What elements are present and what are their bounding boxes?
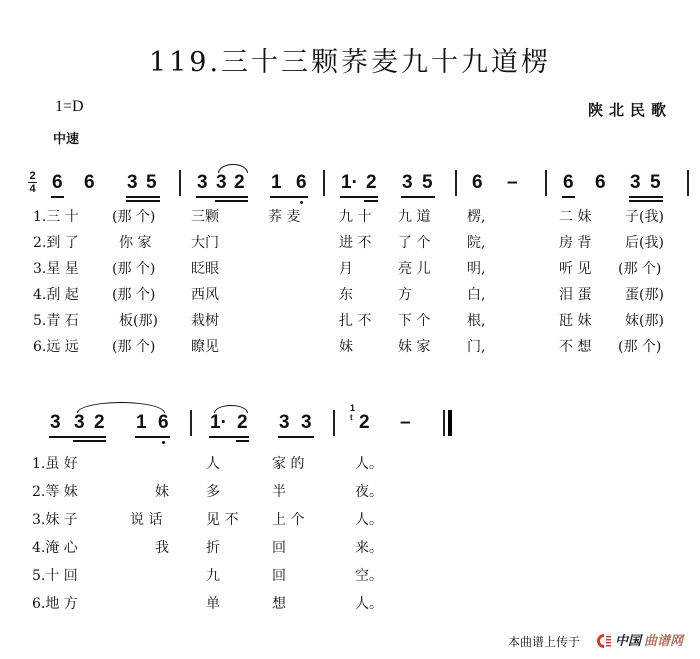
lyric-row: 4.淹 心 我 折 回 来。 <box>0 537 700 563</box>
underline <box>135 436 170 438</box>
underline <box>236 440 249 442</box>
note: 3 <box>630 172 641 194</box>
lyric-row: 2.到 了 你 家 大门 进 不 了 个 院, 房 背 后(我) <box>0 232 700 256</box>
lyric-row: 5.十 回 九 回 空。 <box>0 565 700 591</box>
logo-mark-icon <box>596 633 612 647</box>
note: 6 <box>595 172 606 194</box>
upload-notice: 本曲谱上传于 <box>508 633 580 650</box>
lyrics-block-2: 1.虽 好 人 家 的 人。 2.等 妹 妹 多 半 夜。 3.妹 子 说 话 … <box>0 453 700 623</box>
lyric-row: 1.虽 好 人 家 的 人。 <box>0 453 700 479</box>
time-signature: 24 <box>28 171 37 194</box>
barline <box>455 170 457 196</box>
slur <box>218 164 248 173</box>
note: 6 <box>52 172 63 194</box>
tempo-marking: 中速 <box>53 128 79 147</box>
low-octave-dot <box>162 441 165 444</box>
note: 3 <box>74 412 85 434</box>
note: 2 <box>366 172 377 194</box>
note: 3 <box>127 172 138 194</box>
song-origin: 陕北民歌 <box>588 99 672 120</box>
underline <box>278 436 314 438</box>
song-title: 119.三十三颗荞麦九十九道楞 <box>0 40 700 79</box>
lyric-row: 4.刮 起 (那 个) 西风 东 方 白, 泪 蛋 蛋(那) <box>0 284 700 308</box>
underline <box>49 436 106 438</box>
underline <box>196 196 248 198</box>
note: – <box>507 172 518 194</box>
lyric-row: 6.远 远 (那 个) 瞭见 妹 妹 家 门, 不 想 (那 个) <box>0 336 700 360</box>
note: 2 <box>237 412 248 434</box>
logo-text-primary: 中国 <box>615 630 641 649</box>
staff-line-1: 24 6 6 3 5 3 3 2 1 6 1· 2 3 5 6 – 6 6 3 … <box>0 170 700 204</box>
lyrics-block-1: 1.三 十 (那 个) 三颗 荞 麦 九 十 九 道 楞, 二 妹 子(我) 2… <box>0 206 700 366</box>
underline <box>364 200 378 202</box>
final-barline-thick <box>448 410 452 436</box>
lyric-row: 1.三 十 (那 个) 三颗 荞 麦 九 十 九 道 楞, 二 妹 子(我) <box>0 206 700 230</box>
underline <box>209 436 249 438</box>
note: 3 <box>216 172 227 194</box>
note: 3 <box>197 172 208 194</box>
barline <box>687 170 689 196</box>
logo-text-secondary: 曲谱网 <box>644 630 683 649</box>
note: 3 <box>301 412 312 434</box>
note: 1 <box>271 172 282 194</box>
note: 6 <box>563 172 574 194</box>
lyric-row: 3.星 星 (那 个) 眨眼 月 亮 儿 明, 听 见 (那 个) <box>0 258 700 282</box>
underline <box>73 440 106 442</box>
underline <box>562 196 575 198</box>
lyric-row: 3.妹 子 说 话 见 不 上 个 人。 <box>0 509 700 535</box>
barline <box>323 170 325 196</box>
note: 6 <box>84 172 95 194</box>
note: 1· <box>341 172 358 194</box>
note: 6 <box>158 412 169 434</box>
barline <box>179 170 181 196</box>
note: 2 <box>234 172 245 194</box>
underline <box>126 200 160 202</box>
underline <box>401 196 435 198</box>
site-logo[interactable]: 中国曲谱网 <box>596 630 683 649</box>
slur <box>214 405 248 413</box>
note: 5 <box>422 172 433 194</box>
note: 5 <box>650 172 661 194</box>
barline <box>333 410 335 436</box>
note: 3 <box>279 412 290 434</box>
low-octave-dot <box>300 201 303 204</box>
underline <box>270 196 308 198</box>
note: 6 <box>296 172 307 194</box>
note: 6 <box>472 172 483 194</box>
underline <box>629 196 663 198</box>
underline <box>215 200 248 202</box>
slur <box>77 402 165 413</box>
grace-note: 1 <box>350 404 355 413</box>
note: 3 <box>402 172 413 194</box>
note: – <box>400 412 411 434</box>
underline <box>51 196 64 198</box>
underline <box>340 196 378 198</box>
note: 1· <box>210 412 227 434</box>
final-barline-thin <box>443 410 445 436</box>
staff-line-2: 3 3 2 1 6 1· 2 3 3 1 t 2 – <box>0 410 700 444</box>
note: 3 <box>50 412 61 434</box>
barline <box>190 410 192 436</box>
barline <box>545 170 547 196</box>
lyric-row: 2.等 妹 妹 多 半 夜。 <box>0 481 700 507</box>
lyric-row: 5.青 石 板(那) 栽树 扎 不 下 个 根, 瓩 妹 妹(那) <box>0 310 700 334</box>
underline <box>629 200 663 202</box>
key-signature: 1=D <box>55 98 84 116</box>
note: 2 <box>359 412 370 434</box>
note: 1 <box>136 412 147 434</box>
lyric-row: 6.地 方 单 想 人。 <box>0 593 700 619</box>
note: 5 <box>146 172 157 194</box>
trill-mark: t <box>350 413 353 422</box>
underline <box>126 196 160 198</box>
note: 2 <box>94 412 105 434</box>
